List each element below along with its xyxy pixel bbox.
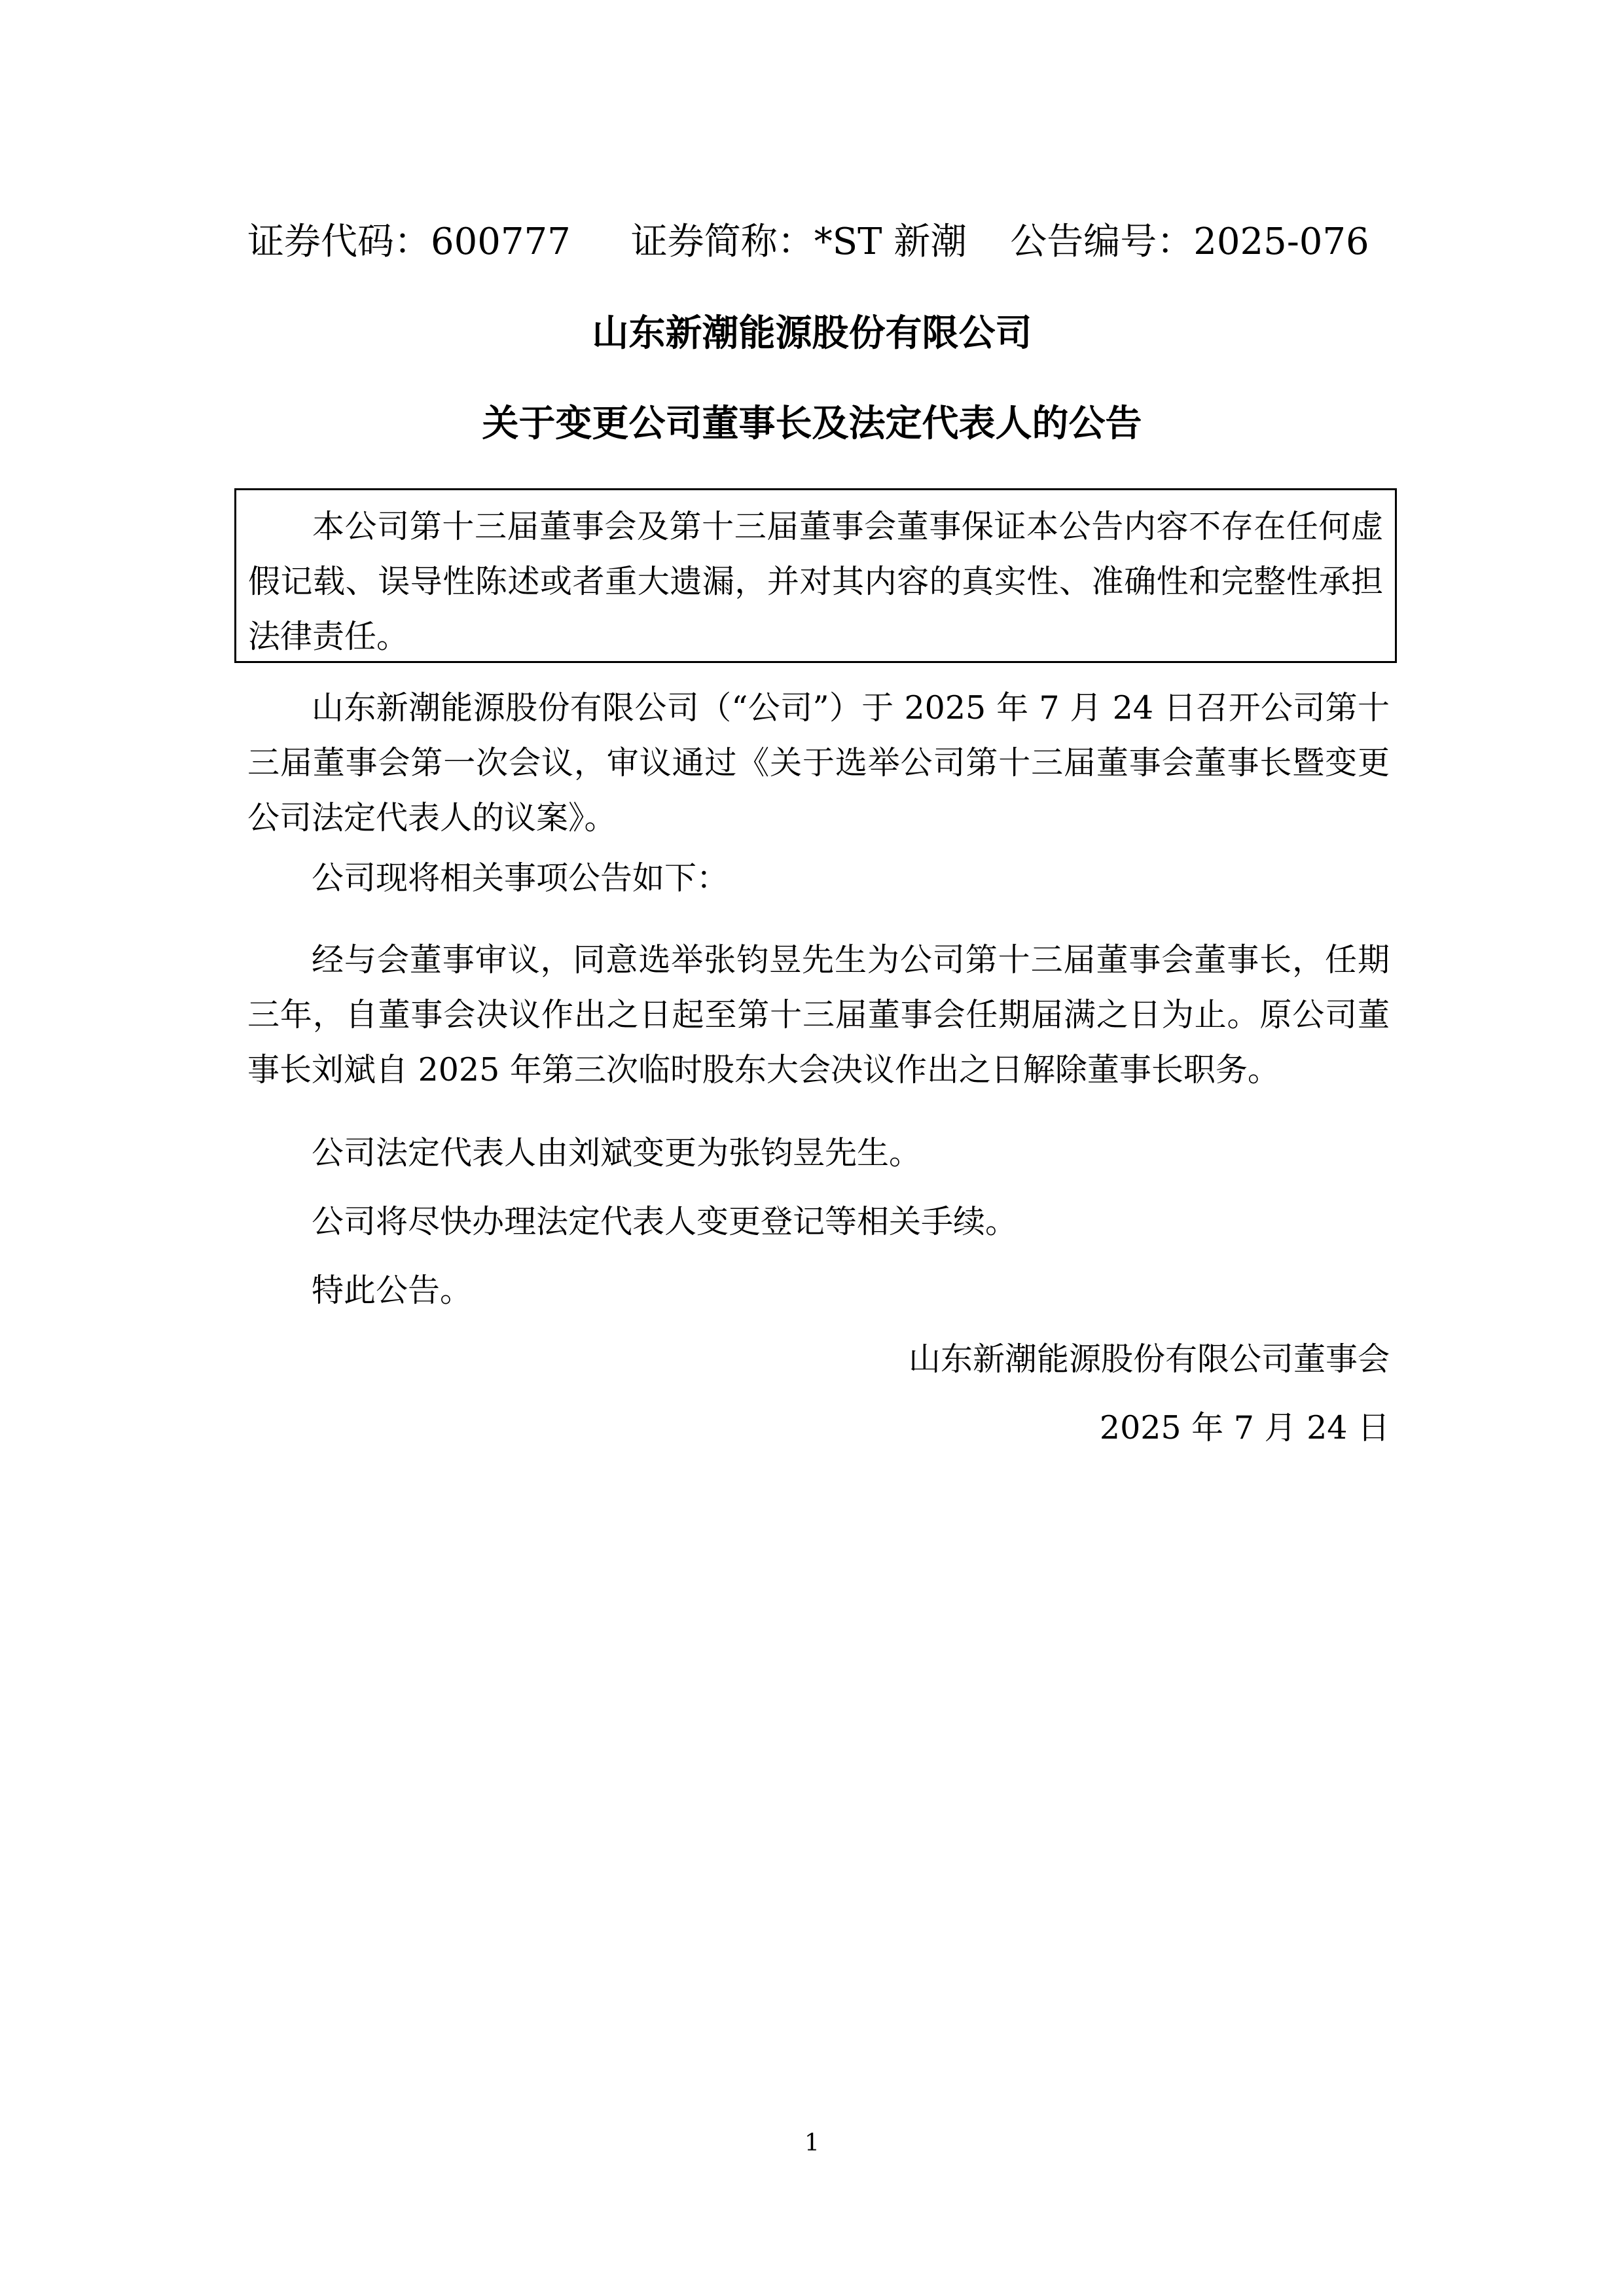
body-paragraph: 公司现将相关事项公告如下：: [247, 851, 1390, 906]
page-number: 1: [0, 2130, 1624, 2157]
body-paragraph: 公司法定代表人由刘斌变更为张钧昱先生。: [247, 1126, 1390, 1181]
announcement-header: 证券代码：600777证券简称：*ST 新潮公告编号：2025-076: [247, 216, 1390, 268]
company-title: 山东新潮能源股份有限公司: [0, 308, 1624, 360]
security-abbreviation: 证券简称：*ST 新潮: [631, 216, 967, 268]
body-paragraph: 山东新潮能源股份有限公司（“公司”）于 2025 年 7 月 24 日召开公司第…: [247, 681, 1390, 846]
disclaimer-text: 本公司第十三届董事会及第十三届董事会董事保证本公告内容不存在任何虚假记载、误导性…: [248, 499, 1383, 664]
security-code: 证券代码：600777: [247, 216, 571, 268]
signature-organization: 山东新潮能源股份有限公司董事会: [909, 1332, 1390, 1387]
closing-statement: 特此公告。: [247, 1263, 1390, 1318]
signature-date: 2025 年 7 月 24 日: [1100, 1401, 1390, 1456]
body-paragraph: 公司将尽快办理法定代表人变更登记等相关手续。: [247, 1194, 1390, 1249]
announcement-number: 公告编号：2025-076: [1010, 216, 1369, 268]
disclaimer-box: 本公司第十三届董事会及第十三届董事会董事保证本公告内容不存在任何虚假记载、误导性…: [234, 488, 1397, 663]
announcement-title: 关于变更公司董事长及法定代表人的公告: [0, 398, 1624, 450]
body-paragraph: 经与会董事审议，同意选举张钧昱先生为公司第十三届董事会董事长，任期三年，自董事会…: [247, 933, 1390, 1098]
